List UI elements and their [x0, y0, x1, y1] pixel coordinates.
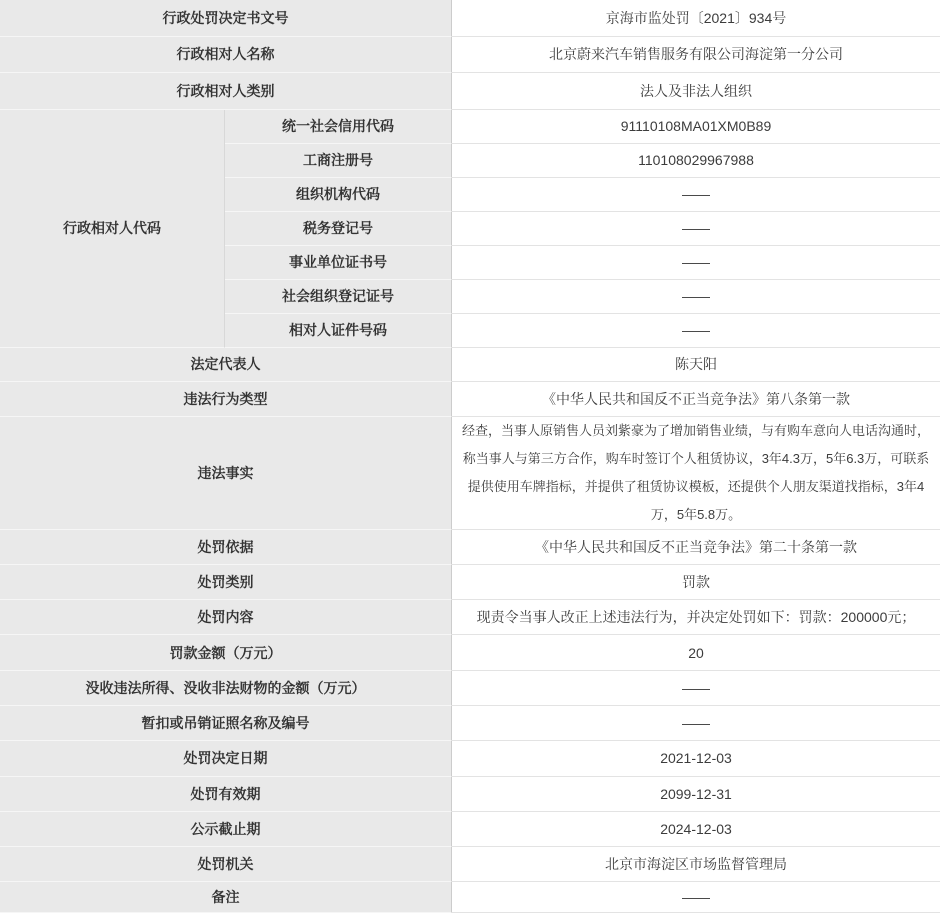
- row-label: 处罚内容: [0, 600, 452, 635]
- row-value: ——: [452, 314, 940, 348]
- row-label: 统一社会信用代码: [225, 110, 452, 144]
- table-row: 法定代表人 陈天阳: [0, 348, 940, 383]
- row-label: 税务登记号: [225, 212, 452, 246]
- row-label: 处罚依据: [0, 530, 452, 565]
- table-group-row: 行政相对人代码 统一社会信用代码 91110108MA01XM0B89 工商注册…: [0, 110, 940, 348]
- row-label: 违法行为类型: [0, 382, 452, 417]
- table-row: 工商注册号 110108029967988: [225, 144, 940, 178]
- row-label: 行政处罚决定书文号: [0, 0, 452, 37]
- row-label: 罚款金额（万元）: [0, 635, 452, 670]
- row-value: 110108029967988: [452, 144, 940, 178]
- table-row-violation-facts: 违法事实 经查，当事人原销售人员刘紫豪为了增加销售业绩，与有购车意向人电话沟通时…: [0, 417, 940, 530]
- row-value: ——: [452, 706, 940, 741]
- row-value: ——: [452, 882, 940, 913]
- row-label: 行政相对人类别: [0, 73, 452, 110]
- row-value: ——: [452, 280, 940, 314]
- table-row: 处罚类别 罚款: [0, 565, 940, 600]
- row-value: 2021-12-03: [452, 741, 940, 776]
- table-row: 处罚依据 《中华人民共和国反不正当竞争法》第二十条第一款: [0, 530, 940, 565]
- row-value: 法人及非法人组织: [452, 73, 940, 110]
- table-row: 社会组织登记证号 ——: [225, 280, 940, 314]
- table-row: 行政处罚决定书文号 京海市监处罚〔2021〕934号: [0, 0, 940, 37]
- row-value: 《中华人民共和国反不正当竞争法》第八条第一款: [452, 382, 940, 417]
- row-label: 事业单位证书号: [225, 246, 452, 280]
- row-label: 备注: [0, 882, 452, 913]
- table-row: 备注 ——: [0, 882, 940, 913]
- group-subrows: 统一社会信用代码 91110108MA01XM0B89 工商注册号 110108…: [225, 110, 940, 348]
- row-value: 经查，当事人原销售人员刘紫豪为了增加销售业绩，与有购车意向人电话沟通时，称当事人…: [452, 417, 940, 530]
- row-value: ——: [452, 212, 940, 246]
- row-value: ——: [452, 671, 940, 706]
- table-row: 组织机构代码 ——: [225, 178, 940, 212]
- row-label: 相对人证件号码: [225, 314, 452, 348]
- table-row: 行政相对人类别 法人及非法人组织: [0, 73, 940, 110]
- row-value: 20: [452, 635, 940, 670]
- table-row: 没收违法所得、没收非法财物的金额（万元） ——: [0, 671, 940, 706]
- table-row: 事业单位证书号 ——: [225, 246, 940, 280]
- table-row: 行政相对人名称 北京蔚来汽车销售服务有限公司海淀第一分公司: [0, 37, 940, 74]
- row-label: 没收违法所得、没收非法财物的金额（万元）: [0, 671, 452, 706]
- table-row: 处罚机关 北京市海淀区市场监督管理局: [0, 847, 940, 882]
- table-row: 处罚内容 现责令当事人改正上述违法行为，并决定处罚如下：罚款：200000元；: [0, 600, 940, 635]
- row-label: 处罚类别: [0, 565, 452, 600]
- group-label: 行政相对人代码: [0, 110, 225, 348]
- row-label: 法定代表人: [0, 348, 452, 383]
- row-label: 组织机构代码: [225, 178, 452, 212]
- row-label: 处罚机关: [0, 847, 452, 882]
- penalty-table: 行政处罚决定书文号 京海市监处罚〔2021〕934号 行政相对人名称 北京蔚来汽…: [0, 0, 940, 913]
- row-value: ——: [452, 246, 940, 280]
- table-row: 处罚决定日期 2021-12-03: [0, 741, 940, 776]
- row-value: 北京市海淀区市场监督管理局: [452, 847, 940, 882]
- row-label: 处罚决定日期: [0, 741, 452, 776]
- row-label: 行政相对人名称: [0, 37, 452, 74]
- table-row: 罚款金额（万元） 20: [0, 635, 940, 670]
- row-label: 公示截止期: [0, 812, 452, 847]
- row-value: 《中华人民共和国反不正当竞争法》第二十条第一款: [452, 530, 940, 565]
- table-row: 统一社会信用代码 91110108MA01XM0B89: [225, 110, 940, 144]
- row-label: 违法事实: [0, 417, 452, 530]
- table-row: 相对人证件号码 ——: [225, 314, 940, 348]
- table-row: 处罚有效期 2099-12-31: [0, 777, 940, 812]
- row-label: 暂扣或吊销证照名称及编号: [0, 706, 452, 741]
- table-row: 税务登记号 ——: [225, 212, 940, 246]
- row-value: 陈天阳: [452, 348, 940, 383]
- row-value: 罚款: [452, 565, 940, 600]
- row-value: ——: [452, 178, 940, 212]
- row-value: 2099-12-31: [452, 777, 940, 812]
- row-value: 北京蔚来汽车销售服务有限公司海淀第一分公司: [452, 37, 940, 74]
- row-value: 现责令当事人改正上述违法行为，并决定处罚如下：罚款：200000元；: [452, 600, 940, 635]
- row-value: 2024-12-03: [452, 812, 940, 847]
- table-row: 公示截止期 2024-12-03: [0, 812, 940, 847]
- row-label: 处罚有效期: [0, 777, 452, 812]
- row-value: 京海市监处罚〔2021〕934号: [452, 0, 940, 37]
- table-row: 暂扣或吊销证照名称及编号 ——: [0, 706, 940, 741]
- row-label: 工商注册号: [225, 144, 452, 178]
- row-label: 社会组织登记证号: [225, 280, 452, 314]
- table-row: 违法行为类型 《中华人民共和国反不正当竞争法》第八条第一款: [0, 382, 940, 417]
- row-value: 91110108MA01XM0B89: [452, 110, 940, 144]
